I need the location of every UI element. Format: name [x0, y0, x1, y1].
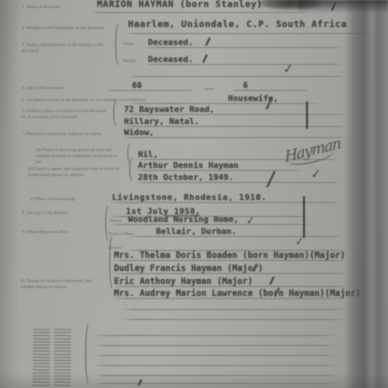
field-7a-value: Nil, — [138, 149, 158, 159]
ruling-line — [122, 309, 346, 310]
ruling-line — [112, 298, 348, 299]
ruling-line — [112, 273, 348, 274]
field-5-label: 5. Occupation in life of the deceased, o… — [22, 97, 146, 103]
ruling-line — [135, 182, 341, 183]
ruling-line — [121, 137, 347, 138]
field-8-label: 8. The day of the decease — [22, 210, 68, 216]
ruling-line — [112, 260, 348, 261]
ruling-line — [122, 319, 346, 320]
pen-stroke — [306, 101, 308, 129]
field-9-value-line1: Woodland Nursing Home, — [128, 214, 239, 224]
father-label: Father — [123, 41, 135, 47]
field-6-value-line1: 72 Bayswater Road, — [124, 104, 215, 114]
check-mark: ✓ — [282, 61, 294, 77]
field-2-label: 2. Birthplace and Nationality of the dec… — [22, 25, 103, 31]
fine-print-column — [54, 329, 72, 387]
ruling-line — [108, 90, 194, 91]
child-row: Dudley Francis Hayman (Major) — [114, 263, 263, 273]
ruling-line — [135, 170, 303, 171]
ruling-line — [94, 335, 336, 336]
field-1-label: 1. Name of deceased — [22, 4, 60, 10]
ruling-line — [121, 126, 347, 127]
brace-predeceased: ( — [128, 158, 133, 184]
brace-bottom: ( — [84, 323, 89, 388]
field-7b-value-line2: 28th October, 1949. — [138, 172, 234, 182]
field-3-label: 3. Names and Addresses of the Parents of… — [22, 42, 104, 54]
field-7-label: 7. Married or unmarried, widower or wido… — [22, 131, 102, 137]
field-6-value-line2: Hillary, Natal. — [124, 116, 199, 126]
ruling-line — [112, 286, 348, 287]
check-mark: ✓ — [310, 167, 321, 182]
ruling-line — [110, 224, 312, 225]
field-4-label: 4. Age of the deceased — [22, 85, 63, 91]
brace-residence: ( — [112, 98, 117, 129]
death-notice-photo: 1. Name of deceased MARION HAYMAN (born … — [0, 0, 388, 388]
father-value: Deceased. — [148, 37, 193, 47]
field-7b-label: (b) Name or names and respective date of… — [28, 166, 120, 178]
ruling-line — [94, 383, 336, 384]
check-mark: ✓ — [245, 214, 256, 228]
field-1-value: MARION HAYMAN (born Stanley) — [97, 0, 263, 10]
field-7b-value-line1: Arthur Dennis Hayman — [138, 160, 239, 170]
ruling-line — [128, 236, 344, 237]
ruling-line — [94, 365, 336, 366]
field-7c-label: (c) Place of last marriage — [30, 196, 75, 202]
field-10-label: 10. Names of children of deceased, and w… — [20, 278, 106, 290]
mother-label: Mother — [123, 58, 136, 64]
child-row: Eric Anthony Hayman (Major) — [114, 276, 253, 286]
fine-print-column — [33, 329, 51, 387]
ruling-line — [145, 47, 343, 48]
mother-value: Deceased. — [148, 54, 193, 64]
field-2-value: Haarlem, Uniondale, C.P. South Africa — [128, 20, 347, 30]
ruling-line — [94, 345, 336, 346]
ruling-line — [109, 202, 341, 203]
brace-parents: ( — [114, 23, 119, 70]
ruling-line — [145, 64, 343, 65]
tick-mark — [266, 171, 275, 188]
ruling-line — [232, 90, 308, 91]
field-9-value-line2: Bellair, Durban. — [156, 226, 236, 236]
field-7-value: Widow, — [124, 127, 154, 137]
field-9-label: 9. Where the person died — [22, 229, 100, 235]
field-7c-value: Livingstone, Rhodesia, 1910. — [112, 192, 267, 202]
ruling-line — [124, 33, 374, 34]
tick-mark — [205, 37, 210, 46]
ruling-line — [121, 114, 347, 115]
form-content: 1. Name of deceased MARION HAYMAN (born … — [0, 0, 388, 388]
ruling-line — [128, 76, 346, 77]
top-shadow — [298, 0, 388, 13]
age-months-value: 6 — [243, 80, 248, 90]
tick-mark — [269, 276, 274, 285]
tick-mark — [202, 54, 207, 63]
child-row: Mrs. Thelma Doris Boaden (born Hayman)(M… — [114, 250, 345, 260]
age-years-value: 60 — [132, 80, 142, 90]
page-edge-shadow — [344, 0, 388, 388]
age-years-label: years — [205, 86, 215, 92]
field-7a-label: (a) Name of surviving spouse (if any) an… — [36, 147, 122, 165]
pen-stroke — [303, 196, 305, 238]
child-row: Mrs. Audrey Marion Lawrence (born Hayman… — [114, 288, 361, 298]
ruling-line — [94, 355, 336, 356]
field-6-label: 6. Ordinary place of residence of the de… — [22, 108, 112, 120]
ruling-line — [94, 375, 336, 376]
